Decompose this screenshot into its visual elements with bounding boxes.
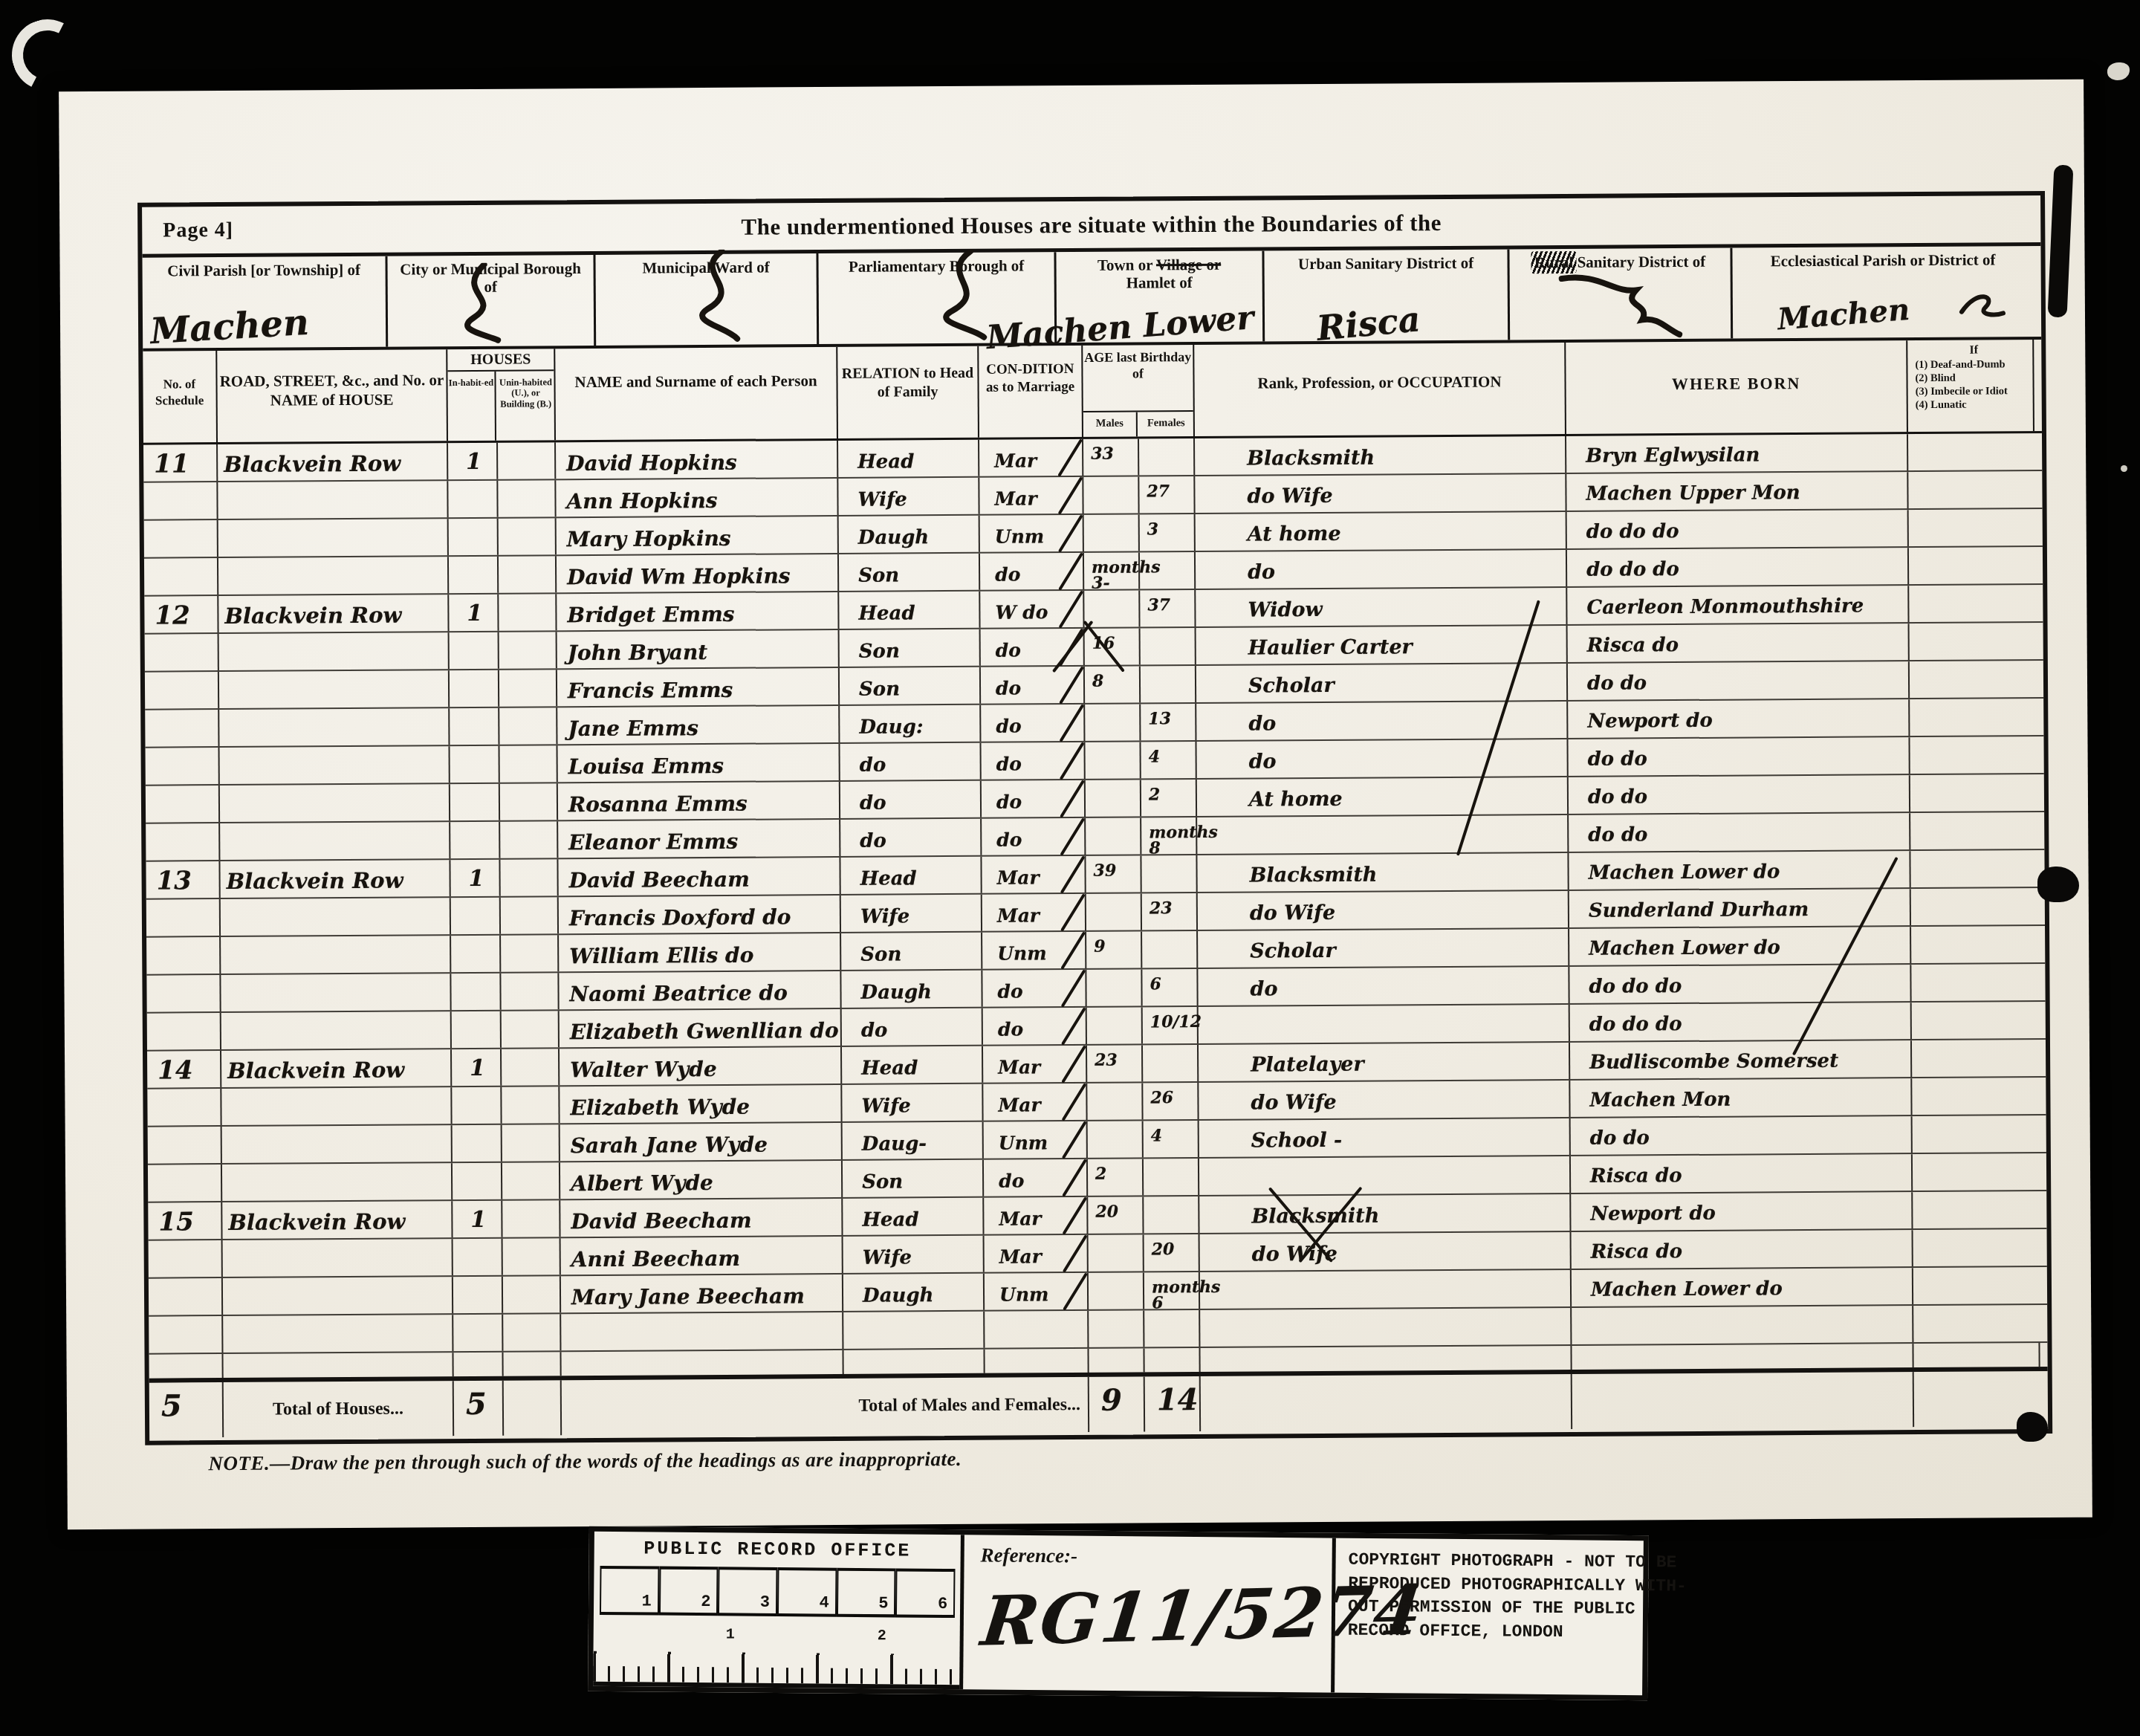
cell-age-female: 4 xyxy=(1144,1121,1199,1157)
cell-road xyxy=(223,1239,453,1277)
cell-where-born: do do xyxy=(1569,813,1910,852)
municipal-ward-cell: Municipal Ward of xyxy=(595,253,819,346)
cell-age-female: 23 xyxy=(1142,893,1198,930)
cell-age-male: months 3- xyxy=(1084,552,1140,589)
footnote: NOTE.—Draw the pen through such of the w… xyxy=(208,1448,962,1475)
ruler-number: 2 xyxy=(878,1627,886,1645)
cell-age-male: 9 xyxy=(1086,931,1142,968)
cell-age-female xyxy=(1144,1159,1199,1195)
cell-condition: do xyxy=(981,667,1085,704)
cell-condition: Mar xyxy=(984,1197,1088,1234)
cell-age-male xyxy=(1086,893,1142,930)
cell-name: Anni Beecham xyxy=(561,1237,843,1275)
cell-schedule xyxy=(149,1240,223,1277)
cell-occupation: Blacksmith xyxy=(1197,853,1569,892)
cell-inhabited xyxy=(451,936,501,972)
cell-occupation: Widow xyxy=(1196,588,1567,626)
cell-road: Blackvein Row xyxy=(222,1201,453,1239)
cell-condition: Unm xyxy=(984,1121,1088,1159)
cell-condition: Mar xyxy=(979,439,1083,476)
total-males-females-label: Total of Males and Females... xyxy=(562,1377,1089,1435)
cell-age-female xyxy=(1140,552,1196,589)
cell-inhabited: 1 xyxy=(450,860,500,896)
cell-age-female: 4 xyxy=(1141,742,1196,778)
cell-road xyxy=(218,481,448,519)
col-age: AGE last Birthday of Males Females xyxy=(1083,345,1195,437)
cell-uninhabited xyxy=(500,783,558,820)
cell-road: Blackvein Row xyxy=(218,595,449,632)
cell-occupation: Blacksmith xyxy=(1199,1194,1571,1233)
cell-inhabited xyxy=(452,1087,502,1124)
city-borough-cell: City or Municipal Borough of xyxy=(387,255,596,347)
cell-uninhabited xyxy=(499,670,557,706)
ruler: 1 2 xyxy=(593,1648,959,1689)
cell-schedule xyxy=(146,786,220,823)
cell-road xyxy=(222,1163,453,1201)
total-houses-value: 5 xyxy=(454,1381,504,1436)
parliamentary-borough-label: Parliamentary Borough of xyxy=(818,252,1054,276)
cell-name: Elizabeth Gwenllian do xyxy=(560,1009,842,1047)
cell-inhabited xyxy=(453,1163,502,1199)
urban-sanitary-value: Risca xyxy=(1315,299,1422,349)
cell-age-female: months 8 xyxy=(1141,817,1197,854)
cell-schedule xyxy=(148,1127,222,1164)
cell-condition: do xyxy=(984,1159,1088,1196)
cell-condition: Mar xyxy=(983,1046,1087,1083)
cell-relation xyxy=(843,1312,985,1349)
ecclesiastical-cell: Ecclesiastical Parish or District of Mac… xyxy=(1732,246,2034,338)
cell-inhabited xyxy=(451,974,501,1010)
cell-age-male xyxy=(1088,1121,1144,1157)
cell-where-born: Caerleon Monmouthshire xyxy=(1567,586,1909,624)
cell-road xyxy=(223,1315,453,1353)
cell-condition: Mar xyxy=(979,477,1083,514)
cell-schedule xyxy=(143,482,218,519)
cell-where-born: Newport do xyxy=(1571,1192,1913,1231)
col-males: Males xyxy=(1083,412,1138,436)
cell-name: John Bryant xyxy=(557,630,840,668)
cell-name: David Beecham xyxy=(558,858,840,895)
cell-schedule xyxy=(148,1165,222,1202)
cell-uninhabited xyxy=(500,821,558,858)
cell-where-born: do do do xyxy=(1567,548,1909,586)
cell-where-born: Machen Lower do xyxy=(1572,1268,1913,1306)
cell-relation: Head xyxy=(838,440,979,477)
cell-road xyxy=(219,708,450,746)
cell-age-female: 13 xyxy=(1141,704,1196,740)
cell-road xyxy=(221,1011,452,1049)
cell-schedule: 15 xyxy=(148,1202,222,1240)
total-houses-label: Total of Houses... xyxy=(224,1381,454,1437)
cell-age-male: 33 xyxy=(1083,438,1139,475)
scale-number: 6 xyxy=(895,1568,955,1618)
cell-uninhabited xyxy=(498,480,556,516)
cell-schedule: 13 xyxy=(146,861,220,898)
cell-name: Francis Doxford do xyxy=(559,895,841,933)
cell-uninhabited xyxy=(500,859,558,895)
cell-condition: do xyxy=(982,818,1086,855)
cell-uninhabited xyxy=(502,1011,560,1047)
cell-inhabited xyxy=(450,670,499,707)
cell-name: Mary Hopkins xyxy=(557,516,839,554)
cell-where-born: do do xyxy=(1571,1116,1913,1155)
cell-name: Ann Hopkins xyxy=(556,479,838,516)
cell-uninhabited xyxy=(502,1049,560,1085)
cell-uninhabited xyxy=(501,973,559,1009)
cell-infirmity xyxy=(1910,661,2036,698)
total-males: 9 xyxy=(1089,1376,1145,1431)
cell-uninhabited xyxy=(503,1314,561,1350)
cell-uninhabited xyxy=(502,1200,560,1237)
cell-inhabited xyxy=(453,1239,503,1275)
pen-squiggle-icon xyxy=(1554,271,1689,340)
cell-uninhabited xyxy=(499,594,557,630)
cell-road xyxy=(222,1125,453,1163)
cell-road xyxy=(219,670,450,708)
cell-age-female: 26 xyxy=(1143,1083,1199,1119)
scale-number: 3 xyxy=(718,1567,777,1616)
cell-occupation: do Wife xyxy=(1199,1081,1570,1119)
cell-condition: do xyxy=(981,705,1085,742)
cell-condition: do xyxy=(981,742,1085,780)
cell-infirmity xyxy=(1912,1002,2038,1039)
cell-uninhabited xyxy=(499,632,557,668)
cell-road xyxy=(221,1087,452,1125)
copyright-line: COPYRIGHT PHOTOGRAPH - NOT TO BE xyxy=(1348,1549,1643,1575)
col-uninhabited: Unin-habited (U.), or Building (B.) xyxy=(497,371,554,440)
cell-occupation: Scholar xyxy=(1198,929,1569,968)
cell-schedule xyxy=(145,634,219,671)
cell-road: Blackvein Row xyxy=(220,860,450,898)
cell-condition: do xyxy=(983,1008,1087,1045)
cell-road: Blackvein Row xyxy=(218,443,448,481)
cell-road: Blackvein Row xyxy=(221,1049,452,1087)
col-females: Females xyxy=(1139,412,1193,436)
cell-road xyxy=(218,519,449,557)
cell-inhabited xyxy=(453,1315,503,1351)
cell-condition: do xyxy=(980,553,1084,590)
cell-infirmity xyxy=(1910,774,2037,812)
cell-relation: Daugh xyxy=(841,971,982,1008)
cell-schedule xyxy=(145,672,219,709)
cell-age-male xyxy=(1087,1007,1143,1043)
cell-age-male xyxy=(1086,780,1141,816)
cell-age-female xyxy=(1139,438,1195,475)
cell-infirmity xyxy=(1911,964,2037,1001)
cell-schedule xyxy=(144,558,218,595)
cell-relation: Wife xyxy=(843,1236,985,1273)
cell-name: David Beecham xyxy=(560,1199,843,1237)
total-females: 14 xyxy=(1145,1376,1201,1431)
cell-name xyxy=(561,1312,843,1350)
cell-where-born: Machen Mon xyxy=(1570,1078,1912,1117)
census-rows: 11 Blackvein Row 1 David Hopkins Head Ma… xyxy=(143,433,2047,1355)
cell-uninhabited xyxy=(499,556,557,592)
cell-where-born: Risca do xyxy=(1571,1154,1913,1193)
struck-words: Village or xyxy=(1156,256,1221,274)
cell-age-male: 8 xyxy=(1085,666,1141,702)
civil-parish-value: Machen xyxy=(149,302,311,352)
cell-name: Eleanor Emms xyxy=(558,820,840,858)
cell-inhabited xyxy=(453,1125,502,1162)
cell-name: Louisa Emms xyxy=(558,744,840,782)
cell-age-female xyxy=(1144,1196,1199,1233)
scale-number: 5 xyxy=(837,1568,896,1618)
cell-occupation: do xyxy=(1196,739,1568,778)
copyright-box: COPYRIGHT PHOTOGRAPH - NOT TO BE REPRODU… xyxy=(1338,1538,1644,1696)
cell-age-female xyxy=(1141,855,1197,892)
cell-uninhabited xyxy=(502,1124,560,1161)
scribbled-word: Rural xyxy=(1534,253,1574,271)
cell-uninhabited xyxy=(499,518,557,554)
cell-relation: Son xyxy=(840,629,981,667)
cell-infirmity xyxy=(1913,1267,2040,1304)
cell-condition: W do xyxy=(980,591,1084,628)
cell-age-male: 23 xyxy=(1087,1045,1143,1081)
cell-age-female: 10/12 xyxy=(1143,1007,1199,1043)
cell-where-born: do do xyxy=(1568,737,1910,776)
cell-inhabited xyxy=(448,481,498,517)
cell-inhabited xyxy=(451,898,501,934)
cell-occupation: do xyxy=(1196,702,1568,740)
cell-where-born: do do do xyxy=(1569,965,1911,1003)
pen-flourish-icon xyxy=(1956,285,2008,322)
cell-infirmity xyxy=(1913,1191,2039,1228)
cell-relation: Son xyxy=(840,667,981,705)
col-name: NAME and Surname of each Person xyxy=(555,347,838,440)
cell-road xyxy=(219,632,450,670)
cell-inhabited: 1 xyxy=(453,1201,502,1237)
cell-road xyxy=(223,1277,453,1315)
cell-occupation: do Wife xyxy=(1200,1232,1572,1271)
cell-age-female: 20 xyxy=(1144,1234,1200,1271)
cell-uninhabited xyxy=(502,1086,560,1123)
cell-inhabited xyxy=(450,708,499,745)
civil-parish-cell: Civil Parish [or Township] of Machen xyxy=(142,256,388,349)
cell-where-born: Machen Upper Mon xyxy=(1566,472,1908,511)
cell-occupation xyxy=(1197,815,1569,854)
cell-condition: Mar xyxy=(982,894,1086,931)
film-curl-mark xyxy=(3,10,93,100)
cell-infirmity xyxy=(1910,812,2037,849)
cell-relation: do xyxy=(840,743,981,780)
cell-condition: do xyxy=(982,780,1086,817)
cell-age-female xyxy=(1141,666,1196,702)
cell-condition: do xyxy=(982,970,1086,1007)
total-uninhabited xyxy=(504,1380,562,1435)
cell-infirmity xyxy=(1910,736,2036,774)
cell-infirmity xyxy=(1910,623,2036,660)
cell-occupation: Haulier Carter xyxy=(1196,626,1568,664)
cell-infirmity xyxy=(1913,1229,2040,1266)
cell-where-born: Risca do xyxy=(1572,1230,1913,1269)
copyright-line: OUT PERMISSION OF THE PUBLIC xyxy=(1348,1596,1643,1622)
cell-age-female: months 6 xyxy=(1144,1272,1200,1309)
cell-name: Elizabeth Wyde xyxy=(560,1085,842,1123)
col-road: ROAD, STREET, &c., and No. or NAME of HO… xyxy=(217,349,448,442)
cell-inhabited xyxy=(449,557,499,593)
cell-uninhabited xyxy=(503,1276,561,1312)
cell-name: Albert Wyde xyxy=(560,1161,843,1199)
cell-schedule xyxy=(147,1013,221,1050)
cell-schedule xyxy=(147,1089,221,1126)
cell-infirmity xyxy=(1913,1305,2040,1342)
cell-age-male xyxy=(1085,704,1141,740)
cell-inhabited xyxy=(450,784,500,820)
cell-occupation: Platelayer xyxy=(1199,1043,1570,1081)
copyright-line: REPRODUCED PHOTOGRAPHICALLY WITH- xyxy=(1348,1572,1643,1598)
urban-sanitary-label: Urban Sanitary District of xyxy=(1264,249,1507,273)
ecclesiastical-value: Machen xyxy=(1776,292,1910,337)
cell-relation: Wife xyxy=(838,478,979,515)
cell-schedule xyxy=(146,748,220,785)
cell-name: David Wm Hopkins xyxy=(557,554,839,592)
cell-relation: Son xyxy=(839,554,980,591)
cell-where-born: Sunderland Durham xyxy=(1569,889,1911,927)
cell-relation: Wife xyxy=(841,895,982,932)
cell-inhabited: 1 xyxy=(449,595,499,631)
col-relation: RELATION to Head of Family xyxy=(837,346,979,438)
cell-inhabited xyxy=(453,1277,503,1313)
rural-sanitary-label: Rural Sanitary District of xyxy=(1509,248,1730,272)
cell-condition: Unm xyxy=(980,515,1084,552)
cell-age-female: 27 xyxy=(1139,476,1195,513)
col-where-born: WHERE BORN xyxy=(1566,340,1908,434)
cell-age-female: 6 xyxy=(1142,969,1198,1005)
cell-age-female xyxy=(1143,1045,1199,1081)
cell-condition: Unm xyxy=(985,1273,1089,1310)
cell-age-male: 2 xyxy=(1088,1159,1144,1195)
cell-name: Mary Jane Beecham xyxy=(561,1275,843,1312)
cell-road xyxy=(221,898,451,936)
cell-age-male xyxy=(1087,1083,1143,1119)
cell-relation: do xyxy=(840,819,982,856)
white-speck xyxy=(2107,62,2130,80)
cell-where-born: do do do xyxy=(1570,1003,1912,1041)
cell-relation: Head xyxy=(839,592,980,629)
district-header-band: Civil Parish [or Township] of Machen Cit… xyxy=(142,246,2041,352)
cell-age-female: 2 xyxy=(1141,780,1197,816)
cell-relation: Head xyxy=(843,1198,984,1235)
cell-occupation: School - xyxy=(1199,1118,1571,1157)
age-label: AGE last Birthday of xyxy=(1083,345,1193,411)
col-occupation: Rank, Profession, or OCCUPATION xyxy=(1194,343,1566,436)
cell-schedule xyxy=(149,1316,223,1353)
cell-where-born: Newport do xyxy=(1568,699,1910,738)
cell-schedule xyxy=(146,823,220,861)
cell-road xyxy=(221,936,451,974)
cell-uninhabited xyxy=(500,745,558,782)
cell-age-female xyxy=(1144,1310,1200,1347)
cell-schedule xyxy=(149,1278,223,1315)
col-schedule: No. ofSchedule xyxy=(143,351,218,443)
cell-age-male: 20 xyxy=(1088,1196,1144,1233)
cell-age-female: 3 xyxy=(1140,514,1196,551)
cell-age-male xyxy=(1084,514,1140,551)
cell-inhabited: 1 xyxy=(448,443,498,479)
cell-uninhabited xyxy=(499,707,557,744)
reference-box: Reference:- RG11/5274 xyxy=(963,1535,1336,1692)
cell-occupation xyxy=(1200,1270,1572,1309)
page-title: The undermentioned Houses are situate wi… xyxy=(142,206,2040,244)
cell-infirmity xyxy=(1913,1153,2039,1191)
municipal-ward-label: Municipal Ward of xyxy=(595,253,816,277)
cell-condition: Mar xyxy=(983,1084,1087,1121)
cell-infirmity xyxy=(1912,1040,2038,1077)
cell-occupation: do Wife xyxy=(1198,891,1569,930)
pro-office-title: PUBLIC RECORD OFFICE xyxy=(594,1532,961,1562)
total-schedule: 5 xyxy=(149,1382,224,1438)
cell-where-born: do do do xyxy=(1567,510,1909,548)
cell-age-female xyxy=(1141,628,1196,664)
cell-uninhabited xyxy=(502,1162,560,1199)
cell-infirmity xyxy=(1912,1078,2038,1115)
cell-uninhabited xyxy=(498,442,556,479)
cell-condition: Mar xyxy=(985,1235,1089,1272)
rural-sanitary-cell: Rural Sanitary District of xyxy=(1509,248,1733,340)
cell-uninhabited xyxy=(503,1238,561,1275)
cell-schedule xyxy=(144,520,218,557)
cell-name: David Hopkins xyxy=(556,441,838,479)
cell-schedule: 11 xyxy=(143,444,218,482)
cell-infirmity xyxy=(1910,850,2037,887)
printed-frame: Page 4] The undermentioned Houses are si… xyxy=(137,191,2052,1445)
cell-schedule xyxy=(146,975,221,1012)
cell-schedule xyxy=(145,710,219,747)
cell-infirmity xyxy=(1911,926,2037,963)
cell-inhabited xyxy=(450,746,500,783)
cell-road xyxy=(220,746,450,784)
cell-age-male: 39 xyxy=(1086,855,1141,892)
cell-where-born: Bryn Eglwysilan xyxy=(1566,434,1908,473)
cell-schedule xyxy=(146,899,221,936)
scale-number: 1 xyxy=(600,1566,659,1616)
cell-relation: Son xyxy=(843,1160,984,1197)
cell-relation: Daugh xyxy=(843,1274,985,1311)
cell-condition: Unm xyxy=(982,932,1086,969)
cell-where-born: Risca do xyxy=(1568,624,1910,662)
cell-age-male xyxy=(1089,1272,1144,1309)
cell-relation: do xyxy=(842,1008,983,1046)
cell-road xyxy=(220,822,450,860)
cell-age-male xyxy=(1089,1310,1144,1347)
ruler-number: 1 xyxy=(726,1626,735,1643)
scanned-census-page: Page 4] The undermentioned Houses are si… xyxy=(0,0,2140,1736)
table-column-headers: No. ofSchedule ROAD, STREET, &c., and No… xyxy=(143,340,2042,445)
pro-scale-box: PUBLIC RECORD OFFICE 1 2 3 4 5 6 1 2 xyxy=(593,1532,964,1689)
pro-reference-strip: PUBLIC RECORD OFFICE 1 2 3 4 5 6 1 2 Ref… xyxy=(588,1526,1649,1700)
cell-occupation: At home xyxy=(1197,777,1569,816)
cell-schedule: 12 xyxy=(144,596,218,633)
col-infirmity: If (1) Deaf-and-Dumb (2) Blind (3) Imbec… xyxy=(1907,340,2034,432)
ecclesiastical-label: Ecclesiastical Parish or District of xyxy=(1732,246,2033,271)
urban-sanitary-cell: Urban Sanitary District of Risca xyxy=(1264,249,1510,341)
cell-relation: Daug: xyxy=(840,705,981,742)
cell-road xyxy=(218,557,449,595)
cell-where-born: do do xyxy=(1568,661,1910,700)
cell-occupation: Blacksmith xyxy=(1195,436,1566,475)
cell-name: Rosanna Emms xyxy=(558,782,840,820)
col-condition: CON-DITION as to Marriage xyxy=(979,346,1083,438)
cell-where-born xyxy=(1572,1306,1913,1344)
col-inhabited: In-habit-ed xyxy=(447,372,496,441)
cell-age-male xyxy=(1083,476,1139,513)
cell-occupation xyxy=(1200,1308,1572,1347)
cell-road xyxy=(220,784,450,822)
cell-infirmity xyxy=(1909,585,2035,622)
cell-relation: Head xyxy=(842,1046,983,1084)
town-hamlet-label: Town or Village or Hamlet of xyxy=(1056,250,1262,292)
